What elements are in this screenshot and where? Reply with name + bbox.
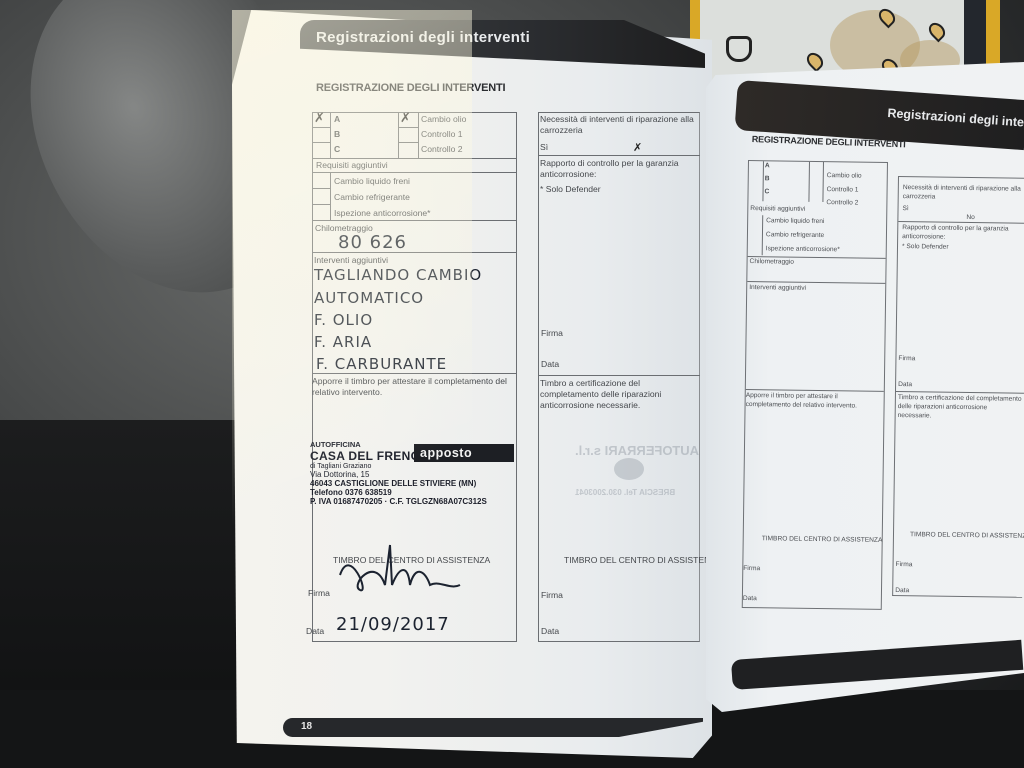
corrosion-stamp-note: Timbro a certificazione del completament… (540, 378, 700, 411)
req-corrosion-inspection: Ispezione anticorrosione* (334, 208, 431, 218)
corrosion-report-label: Rapporto di controllo per la garanzia an… (540, 158, 700, 180)
page-header-title: Registrazioni degli interventi (316, 29, 530, 46)
right-form-left-column: A B C Cambio olio Controllo 1 Controllo … (742, 160, 888, 610)
right-req-corrosion: Ispezione anticorrosione* (766, 245, 840, 253)
right-bodywork-no: No (966, 214, 975, 221)
map-pin-icon (926, 20, 949, 43)
right-req-brake-fluid: Cambio liquido freni (766, 217, 824, 225)
additional-work-line[interactable]: TAGLIANDO CAMBIO (314, 266, 482, 284)
bodywork-no-mark[interactable]: ✗ (633, 141, 642, 154)
right-bodywork-label: Necessità di interventi di riparazione a… (903, 183, 1024, 203)
service-type-a: A (334, 114, 340, 124)
right-additional-requirements-title: Requisiti aggiuntivi (750, 205, 805, 213)
additional-work-label: Interventi aggiuntivi (314, 255, 388, 265)
workshop-stamp: AUTOFFICINA CASA DEL FRENO apposto di Ta… (310, 440, 520, 506)
right-stamp-label: TIMBRO DEL CENTRO DI ASSISTENZA (762, 535, 883, 544)
stamp-address: Via Dottorina, 15 (310, 470, 520, 479)
additional-work-line[interactable]: F. OLIO (314, 311, 373, 329)
additional-work-line[interactable]: F. CARBURANTE (316, 355, 447, 373)
right-signature-label: Firma (743, 565, 760, 572)
ghost-stamp-phone: BRESCIA Tel. 030.2003041 (575, 488, 675, 497)
corrosion-date-label: Data (541, 359, 559, 369)
stamp-vat: P. IVA 01687470205 · C.F. TGLGZN68A07C31… (310, 497, 520, 506)
right-defender-note: * Solo Defender (902, 243, 949, 251)
page-number: 18 (301, 721, 312, 732)
req-brake-fluid: Cambio liquido freni (334, 176, 410, 186)
right-col-signature: Firma (896, 561, 913, 568)
section-title: REGISTRAZIONE DEGLI INTERVENTI (316, 82, 505, 94)
mechanic-hat-icon (726, 36, 752, 62)
right-service-type-b: B (765, 175, 770, 182)
date-value[interactable]: 21/09/2017 (336, 614, 450, 635)
right-req-coolant: Cambio refrigerante (766, 231, 824, 239)
service-type-c: C (334, 144, 340, 154)
right-service-type-a: A (765, 162, 770, 169)
right-col-date-label: Data (541, 626, 559, 636)
right-mileage-label: Chilometraggio (750, 258, 794, 266)
additional-work-line[interactable]: F. ARIA (314, 333, 372, 351)
bodywork-label: Necessità di interventi di riparazione a… (540, 114, 700, 136)
right-service-type-c: C (765, 188, 770, 195)
stamp-instruction: Apporre il timbro per attestare il compl… (312, 376, 512, 398)
signature-scribble (330, 535, 470, 605)
checkbox-a-mark[interactable]: ✗ (314, 110, 325, 126)
right-col-stamp-label: TIMBRO DEL CENTRO DI ASSISTENZA (910, 531, 1024, 540)
right-col-signature-label: Firma (541, 590, 563, 600)
corrosion-signature-label: Firma (541, 328, 563, 338)
right-corrosion-signature: Firma (898, 355, 915, 362)
right-service-item-check-1: Controllo 1 (827, 186, 859, 193)
service-item-check-1: Controllo 1 (421, 129, 463, 139)
right-corrosion-stamp-note: Timbro a certificazione del completament… (898, 393, 1022, 422)
right-service-item-check-2: Controllo 2 (826, 199, 858, 206)
service-item-oil-change: Cambio olio (421, 114, 466, 124)
right-form-right-column: Necessità di interventi di riparazione a… (892, 176, 1024, 598)
right-additional-work-label: Interventi aggiuntivi (749, 284, 806, 292)
defender-note: * Solo Defender (540, 184, 601, 194)
stamp-owner: di Tagliani Graziano (310, 463, 520, 470)
right-corrosion-date: Data (898, 381, 912, 388)
date-label: Data (306, 626, 324, 636)
additional-requirements-title: Requisiti aggiuntivi (316, 160, 388, 170)
right-service-item-oil-change: Cambio olio (827, 172, 862, 179)
apposto-logo: apposto (414, 444, 514, 462)
ghost-land-rover-logo (614, 458, 644, 480)
right-date-label: Data (743, 595, 757, 602)
right-col-stamp-label: TIMBRO DEL CENTRO DI ASSISTENZA (564, 555, 721, 565)
service-type-b: B (334, 129, 340, 139)
req-coolant: Cambio refrigerante (334, 192, 410, 202)
mileage-value[interactable]: 80 626 (338, 232, 407, 253)
signature-label: Firma (308, 588, 330, 598)
right-col-date: Data (895, 587, 909, 594)
right-bodywork-yes: Sì (902, 205, 908, 212)
map-pin-icon (804, 50, 827, 73)
stamp-city: 46043 CASTIGLIONE DELLE STIVIERE (MN) (310, 479, 520, 488)
right-corrosion-label: Rapporto di controllo per la garanzia an… (902, 223, 1024, 243)
bodywork-yes-label: Sì (540, 142, 548, 152)
stamp-phone: Telefono 0376 638519 (310, 488, 520, 497)
right-stamp-note: Apporre il timbro per attestare il compl… (746, 391, 882, 411)
additional-work-line[interactable]: AUTOMATICO (314, 289, 424, 307)
service-item-check-2: Controllo 2 (421, 144, 463, 154)
ghost-stamp-name: AUTOFERRARI s.r.l. (575, 443, 699, 458)
checkbox-oil-change-mark[interactable]: ✗ (400, 110, 411, 126)
